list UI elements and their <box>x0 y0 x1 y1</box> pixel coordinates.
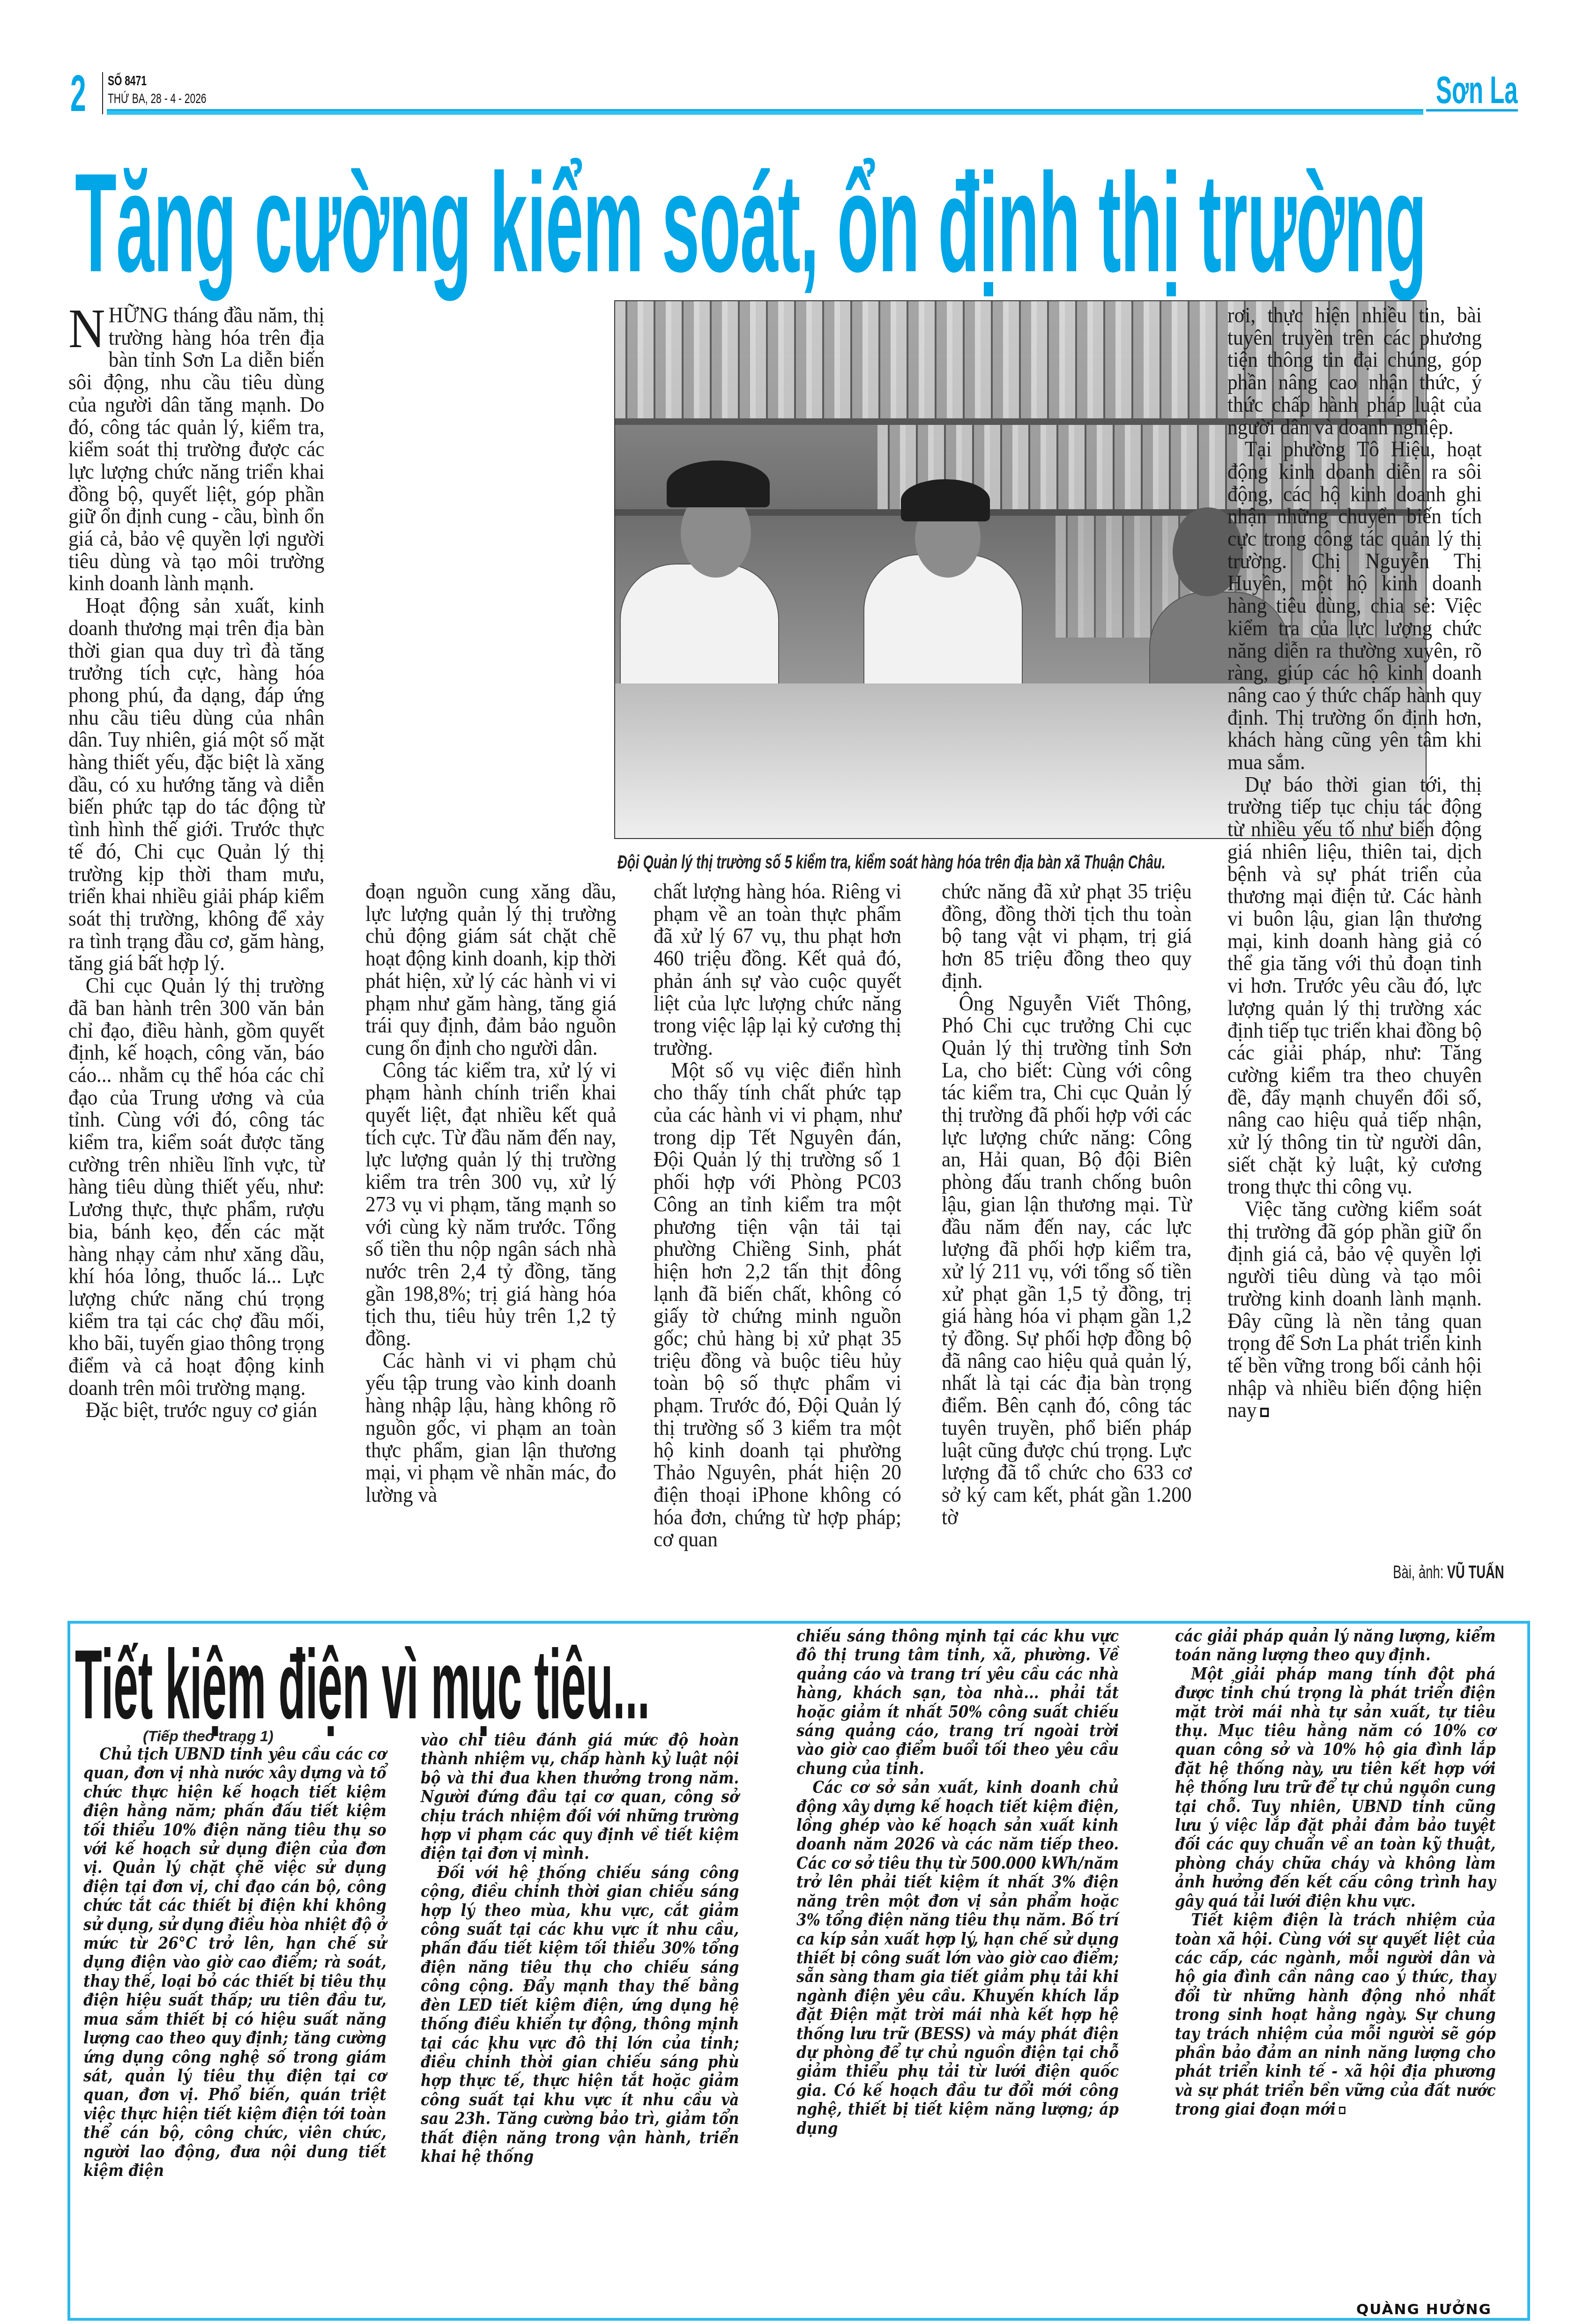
article-paragraph: Công tác kiểm tra, xử lý vi phạm hành ch… <box>365 1060 616 1350</box>
article-paragraph: chất lượng hàng hóa. Riêng vi phạm về an… <box>654 881 901 1060</box>
article-column-2: đoạn nguồn cung xăng dầu, lực lượng quản… <box>365 881 616 1507</box>
boxed-column-4: các giải pháp quản lý năng lượng, kiểm t… <box>1175 1626 1496 2119</box>
article-headline: Tăng cường kiểm soát, ổn định thị trường <box>75 145 775 300</box>
boxed-article-byline: QUÀNG HƯỞNG <box>1356 2301 1492 2318</box>
boxed-article-headline: Tiết kiệm điện vì mục tiêu... <box>75 1633 650 1736</box>
end-mark-icon <box>1260 1408 1269 1417</box>
byline-label: Bài, ảnh: <box>1393 1563 1443 1582</box>
article-paragraph: Dự báo thời gian tới, thị trường tiếp tụ… <box>1227 774 1482 1198</box>
boxed-column-1: Chủ tịch UBND tỉnh yêu cầu các cơ quan, … <box>83 1745 387 2180</box>
section-underline <box>1426 109 1518 111</box>
boxed-paragraph: Tiết kiệm điện là trách nhiệm của toàn x… <box>1175 1910 1496 2118</box>
article-column-1: NHỮNG tháng đầu năm, thị trường hàng hóa… <box>68 304 324 1422</box>
article-byline: Bài, ảnh: VŨ TUẤN <box>1393 1562 1504 1583</box>
masthead-divider <box>102 72 103 114</box>
lead-paragraph: NHỮNG tháng đầu năm, thị trường hàng hóa… <box>68 304 324 595</box>
article-column-4: chức năng đã xử phạt 35 triệu đồng, đồng… <box>942 881 1192 1529</box>
issue-date: THỨ BA, 28 - 4 - 2026 <box>108 90 207 108</box>
article-paragraph: Đặc biệt, trước nguy cơ gián <box>68 1399 324 1422</box>
article-paragraph: Một số vụ việc điển hình cho thấy tính c… <box>654 1060 901 1551</box>
article-paragraph: Chi cục Quản lý thị trường đã ban hành t… <box>68 975 324 1399</box>
section-name: Sơn La <box>1436 70 1518 111</box>
continued-from-note: (Tiếp theo trang 1) <box>143 1728 274 1745</box>
boxed-paragraph: Một giải pháp mang tính đột phá được tỉn… <box>1175 1664 1496 1910</box>
article-paragraph: Việc tăng cường kiểm soát thị trường đã … <box>1227 1198 1482 1422</box>
boxed-paragraph: các giải pháp quản lý năng lượng, kiểm t… <box>1175 1626 1496 1664</box>
article-paragraph: chức năng đã xử phạt 35 triệu đồng, đồng… <box>942 881 1192 993</box>
article-column-3: chất lượng hàng hóa. Riêng vi phạm về an… <box>654 881 901 1551</box>
article-paragraph: Các hành vi vi phạm chủ yếu tập trung và… <box>365 1350 616 1507</box>
boxed-paragraph: vào chỉ tiêu đánh giá mức độ hoàn thành … <box>421 1730 739 1863</box>
article-paragraph: Ông Nguyễn Viết Thông, Phó Chi cục trưởn… <box>942 993 1192 1529</box>
boxed-paragraph: chiếu sáng thông minh tại các khu vực đô… <box>796 1626 1119 1778</box>
article-paragraph: đoạn nguồn cung xăng dầu, lực lượng quản… <box>365 881 616 1060</box>
officer-cap-icon <box>901 479 990 521</box>
page-masthead: 2 SỐ 8471 THỨ BA, 28 - 4 - 2026 Sơn La <box>70 70 1518 117</box>
boxed-paragraph: Đối với hệ thống chiếu sáng công cộng, đ… <box>421 1863 739 2166</box>
end-mark-icon <box>1339 2107 1346 2114</box>
photo-caption: Đội Quản lý thị trường số 5 kiểm tra, ki… <box>617 852 1201 873</box>
byline-author: VŨ TUẤN <box>1447 1563 1504 1582</box>
article-paragraph: rơi, thực hiện nhiều tin, bài tuyên truy… <box>1227 304 1482 438</box>
issue-number: SỐ 8471 <box>108 72 207 90</box>
boxed-column-2: vào chỉ tiêu đánh giá mức độ hoàn thành … <box>421 1730 739 2166</box>
boxed-paragraph: Chủ tịch UBND tỉnh yêu cầu các cơ quan, … <box>83 1745 387 2180</box>
page-number: 2 <box>70 70 86 117</box>
masthead-rule <box>107 109 1423 115</box>
article-paragraph: Hoạt động sản xuất, kinh doanh thương mạ… <box>68 595 324 975</box>
issue-info: SỐ 8471 THỨ BA, 28 - 4 - 2026 <box>108 72 249 108</box>
article-column-5: rơi, thực hiện nhiều tin, bài tuyên truy… <box>1227 304 1482 1422</box>
officer-cap-icon <box>667 460 770 507</box>
boxed-paragraph: Các cơ sở sản xuất, kinh doanh chủ động … <box>796 1778 1119 2138</box>
drop-cap: N <box>68 307 105 350</box>
article-paragraph: Tại phường Tô Hiệu, hoạt động kinh doanh… <box>1227 438 1482 774</box>
boxed-column-3: chiếu sáng thông minh tại các khu vực đô… <box>796 1626 1119 2138</box>
